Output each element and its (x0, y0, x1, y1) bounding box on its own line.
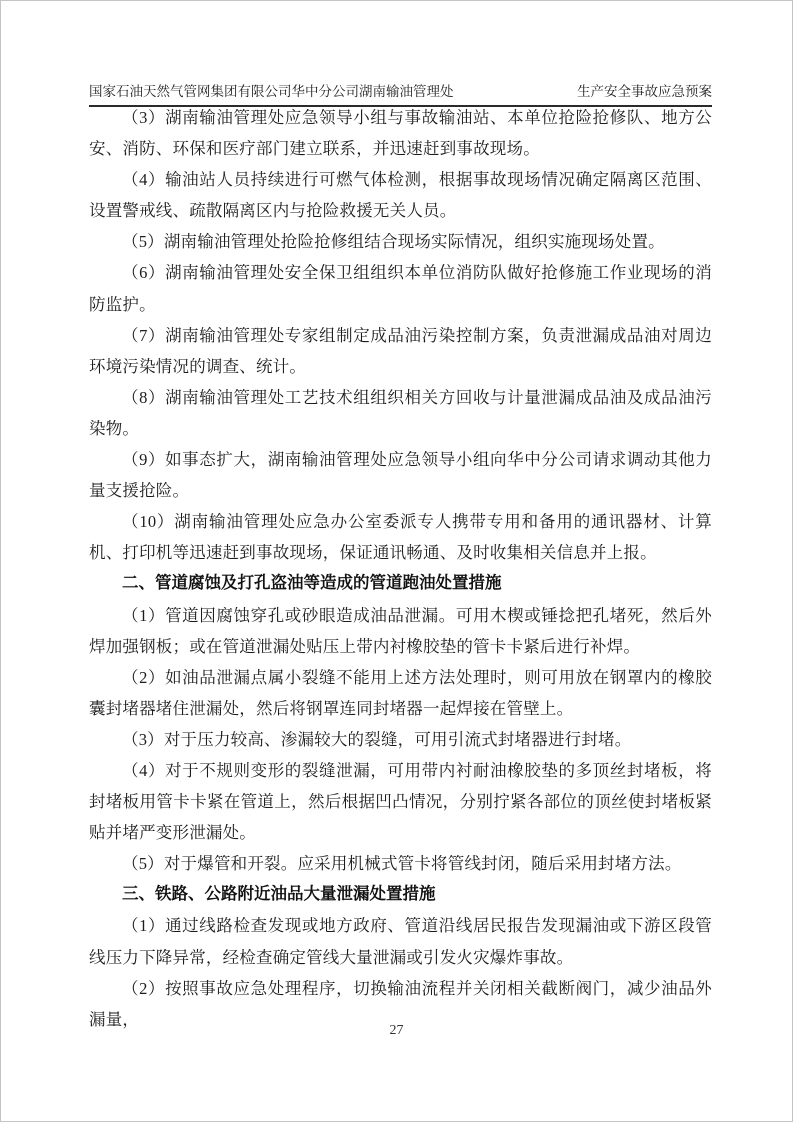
paragraph: （3）对于压力较高、渗漏较大的裂缝，可用引流式封堵器进行封堵。 (89, 724, 712, 755)
paragraph: （1）管道因腐蚀穿孔或砂眼造成油品泄漏。可用木楔或锤捻把孔堵死，然后外焊加强钢板… (89, 600, 712, 662)
paragraph: （5）湖南输油管理处抢险抢修组结合现场实际情况，组织实施现场处置。 (89, 226, 712, 257)
section-heading-3: 三、铁路、公路附近油品大量泄漏处置措施 (89, 879, 712, 910)
paragraph: （3）湖南输油管理处应急领导小组与事故输油站、本单位抢险抢修队、地方公安、消防、… (89, 102, 712, 164)
page-footer: 27 (1, 1023, 792, 1039)
paragraph: （4）输油站人员持续进行可燃气体检测，根据事故现场情况确定隔离区范围、设置警戒线… (89, 164, 712, 226)
paragraph: （9）如事态扩大，湖南输油管理处应急领导小组向华中分公司请求调动其他力量支援抢险… (89, 444, 712, 506)
document-body: （3）湖南输油管理处应急领导小组与事故输油站、本单位抢险抢修队、地方公安、消防、… (89, 102, 712, 1035)
paragraph: （5）对于爆管和开裂。应采用机械式管卡将管线封闭，随后采用封堵方法。 (89, 848, 712, 879)
paragraph: （1）通过线路检查发现或地方政府、管道沿线居民报告发现漏油或下游区段管线压力下降… (89, 910, 712, 972)
document-page: 国家石油天然气管网集团有限公司华中分公司湖南输油管理处 生产安全事故应急预案 （… (0, 0, 793, 1122)
header-left-title: 国家石油天然气管网集团有限公司华中分公司湖南输油管理处 (89, 84, 454, 100)
section-heading-2: 二、管道腐蚀及打孔盗油等造成的管道跑油处置措施 (89, 568, 712, 599)
paragraph: （4）对于不规则变形的裂缝泄漏，可用带内衬耐油橡胶垫的多顶丝封堵板，将封堵板用管… (89, 755, 712, 848)
header-right-title: 生产安全事故应急预案 (577, 84, 712, 100)
page-number: 27 (390, 1023, 404, 1038)
paragraph: （2）如油品泄漏点属小裂缝不能用上述方法处理时，则可用放在钢罩内的橡胶囊封堵器堵… (89, 662, 712, 724)
paragraph: （8）湖南输油管理处工艺技术组组织相关方回收与计量泄漏成品油及成品油污染物。 (89, 382, 712, 444)
paragraph: （10）湖南输油管理处应急办公室委派专人携带专用和备用的通讯器材、计算机、打印机… (89, 506, 712, 568)
paragraph: （6）湖南输油管理处安全保卫组组织本单位消防队做好抢修施工作业现场的消防监护。 (89, 257, 712, 319)
paragraph: （7）湖南输油管理处专家组制定成品油污染控制方案，负责泄漏成品油对周边环境污染情… (89, 320, 712, 382)
